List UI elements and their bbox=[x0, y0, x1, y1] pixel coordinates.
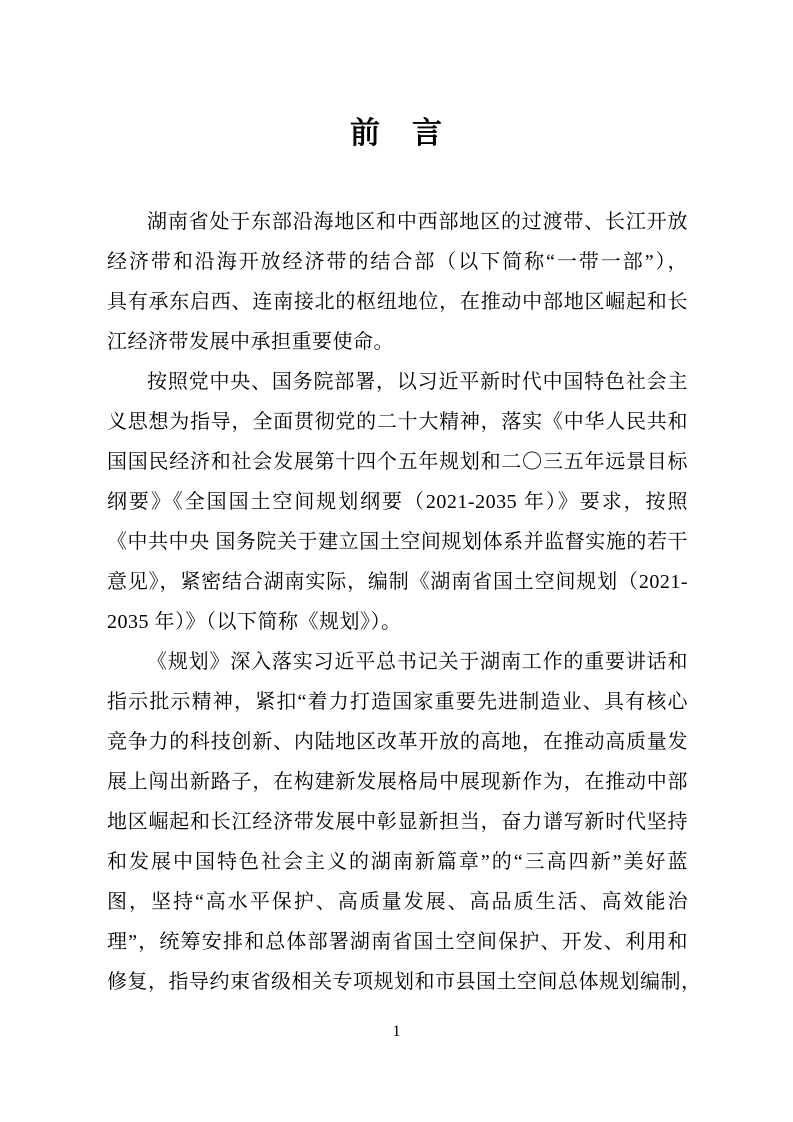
page-number: 1 bbox=[0, 1022, 793, 1042]
document-body: 湖南省处于东部沿海地区和中西部地区的过渡带、长江开放 经济带和沿海开放经济带的结… bbox=[107, 202, 688, 1002]
text-line: 2035 年）》（以下简称《规划》）。 bbox=[107, 602, 688, 642]
page-title: 前 言 bbox=[0, 114, 793, 154]
text-line: 《规划》深入落实习近平总书记关于湖南工作的重要讲话和 bbox=[107, 642, 688, 682]
text-line: 具有承东启西、连南接北的枢纽地位，在推动中部地区崛起和长 bbox=[107, 282, 688, 322]
text-line: 指示批示精神，紧扣“着力打造国家重要先进制造业、具有核心 bbox=[107, 682, 688, 722]
text-line: 和发展中国特色社会主义的湖南新篇章”的“三高四新”美好蓝 bbox=[107, 842, 688, 882]
paragraph-3: 《规划》深入落实习近平总书记关于湖南工作的重要讲话和 指示批示精神，紧扣“着力打… bbox=[107, 642, 688, 1002]
text-line: 按照党中央、国务院部署，以习近平新时代中国特色社会主 bbox=[107, 362, 688, 402]
text-line: 地区崛起和长江经济带发展中彰显新担当，奋力谱写新时代坚持 bbox=[107, 802, 688, 842]
text-line: 湖南省处于东部沿海地区和中西部地区的过渡带、长江开放 bbox=[107, 202, 688, 242]
text-line: 修复，指导约束省级相关专项规划和市县国土空间总体规划编制， bbox=[107, 962, 688, 1002]
text-line: 义思想为指导，全面贯彻党的二十大精神，落实《中华人民共和 bbox=[107, 402, 688, 442]
text-line: 竞争力的科技创新、内陆地区改革开放的高地，在推动高质量发 bbox=[107, 722, 688, 762]
text-line: 纲要》《全国国土空间规划纲要（2021-2035 年）》要求，按照 bbox=[107, 482, 688, 522]
text-line: 理”，统筹安排和总体部署湖南省国土空间保护、开发、利用和 bbox=[107, 922, 688, 962]
text-line: 意见》，紧密结合湖南实际，编制《湖南省国土空间规划（2021- bbox=[107, 562, 688, 602]
text-line: 图，坚持“高水平保护、高质量发展、高品质生活、高效能治 bbox=[107, 882, 688, 922]
text-line: 《中共中央 国务院关于建立国土空间规划体系并监督实施的若干 bbox=[107, 522, 688, 562]
paragraph-2: 按照党中央、国务院部署，以习近平新时代中国特色社会主 义思想为指导，全面贯彻党的… bbox=[107, 362, 688, 642]
text-line: 国国民经济和社会发展第十四个五年规划和二〇三五年远景目标 bbox=[107, 442, 688, 482]
document-page: 前 言 湖南省处于东部沿海地区和中西部地区的过渡带、长江开放 经济带和沿海开放经… bbox=[0, 0, 793, 1122]
paragraph-1: 湖南省处于东部沿海地区和中西部地区的过渡带、长江开放 经济带和沿海开放经济带的结… bbox=[107, 202, 688, 362]
text-line: 经济带和沿海开放经济带的结合部（以下简称“一带一部”）， bbox=[107, 242, 688, 282]
text-line: 展上闯出新路子，在构建新发展格局中展现新作为，在推动中部 bbox=[107, 762, 688, 802]
text-line: 江经济带发展中承担重要使命。 bbox=[107, 322, 688, 362]
